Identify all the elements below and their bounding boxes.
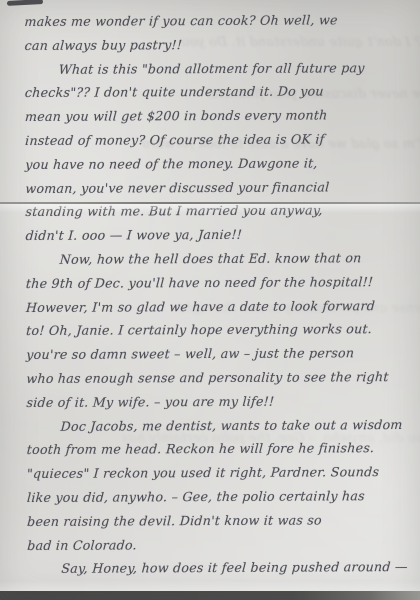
letter-line: tooth from me head. Reckon he will fore …	[0, 436, 420, 462]
letter-line: makes me wonder if you can cook? Oh well…	[0, 8, 419, 34]
letter-line: to! Oh, Janie. I certainly hope everythi…	[0, 317, 420, 343]
scanned-letter-page: checks"?? I don't quite understand it. D…	[0, 0, 420, 600]
letter-line: "quieces" I reckon you used it right, Pa…	[0, 460, 420, 486]
letter-body: makes me wonder if you can cook? Oh well…	[0, 8, 420, 581]
letter-line: However, I'm so glad we have a date to l…	[0, 293, 420, 319]
letter-line: woman, you've never discussed your finan…	[0, 174, 420, 200]
letter-line: Doc Jacobs, me dentist, wants to take ou…	[0, 412, 420, 438]
scan-edge-shadow	[0, 591, 420, 600]
letter-line: Now, how the hell does that Ed. know tha…	[0, 246, 420, 272]
letter-line: side of it. My wife. – you are my life!!	[0, 389, 420, 415]
letter-line: who has enough sense and personality to …	[0, 365, 420, 391]
letter-line: been raising the devil. Didn't know it w…	[0, 508, 420, 534]
letter-line: checks"?? I don't quite understand it. D…	[0, 79, 420, 105]
letter-line: Say, Honey, how does it feel being pushe…	[1, 555, 420, 581]
scan-edge-highlight	[0, 581, 420, 591]
letter-line: the 9th of Dec. you'll have no need for …	[0, 270, 420, 296]
letter-line: you're so damn sweet – well, aw – just t…	[0, 341, 420, 367]
letter-line: instead of money? Of course the idea is …	[0, 127, 420, 153]
letter-line: you have no need of the money. Dawgone i…	[0, 151, 420, 177]
letter-line: standing with me. But I married you anyw…	[0, 198, 420, 224]
ink-smudge-mark	[7, 0, 43, 6]
letter-line: bad in Colorado.	[1, 531, 420, 557]
letter-line: What is this "bond allotment for all fut…	[0, 55, 420, 81]
letter-line: mean you will get $200 in bonds every mo…	[0, 103, 420, 129]
letter-line: didn't I. ooo — I wove ya, Janie!!	[0, 222, 420, 248]
letter-line: like you did, anywho. – Gee, the polio c…	[0, 484, 420, 510]
letter-line: can always buy pastry!!	[0, 32, 419, 58]
